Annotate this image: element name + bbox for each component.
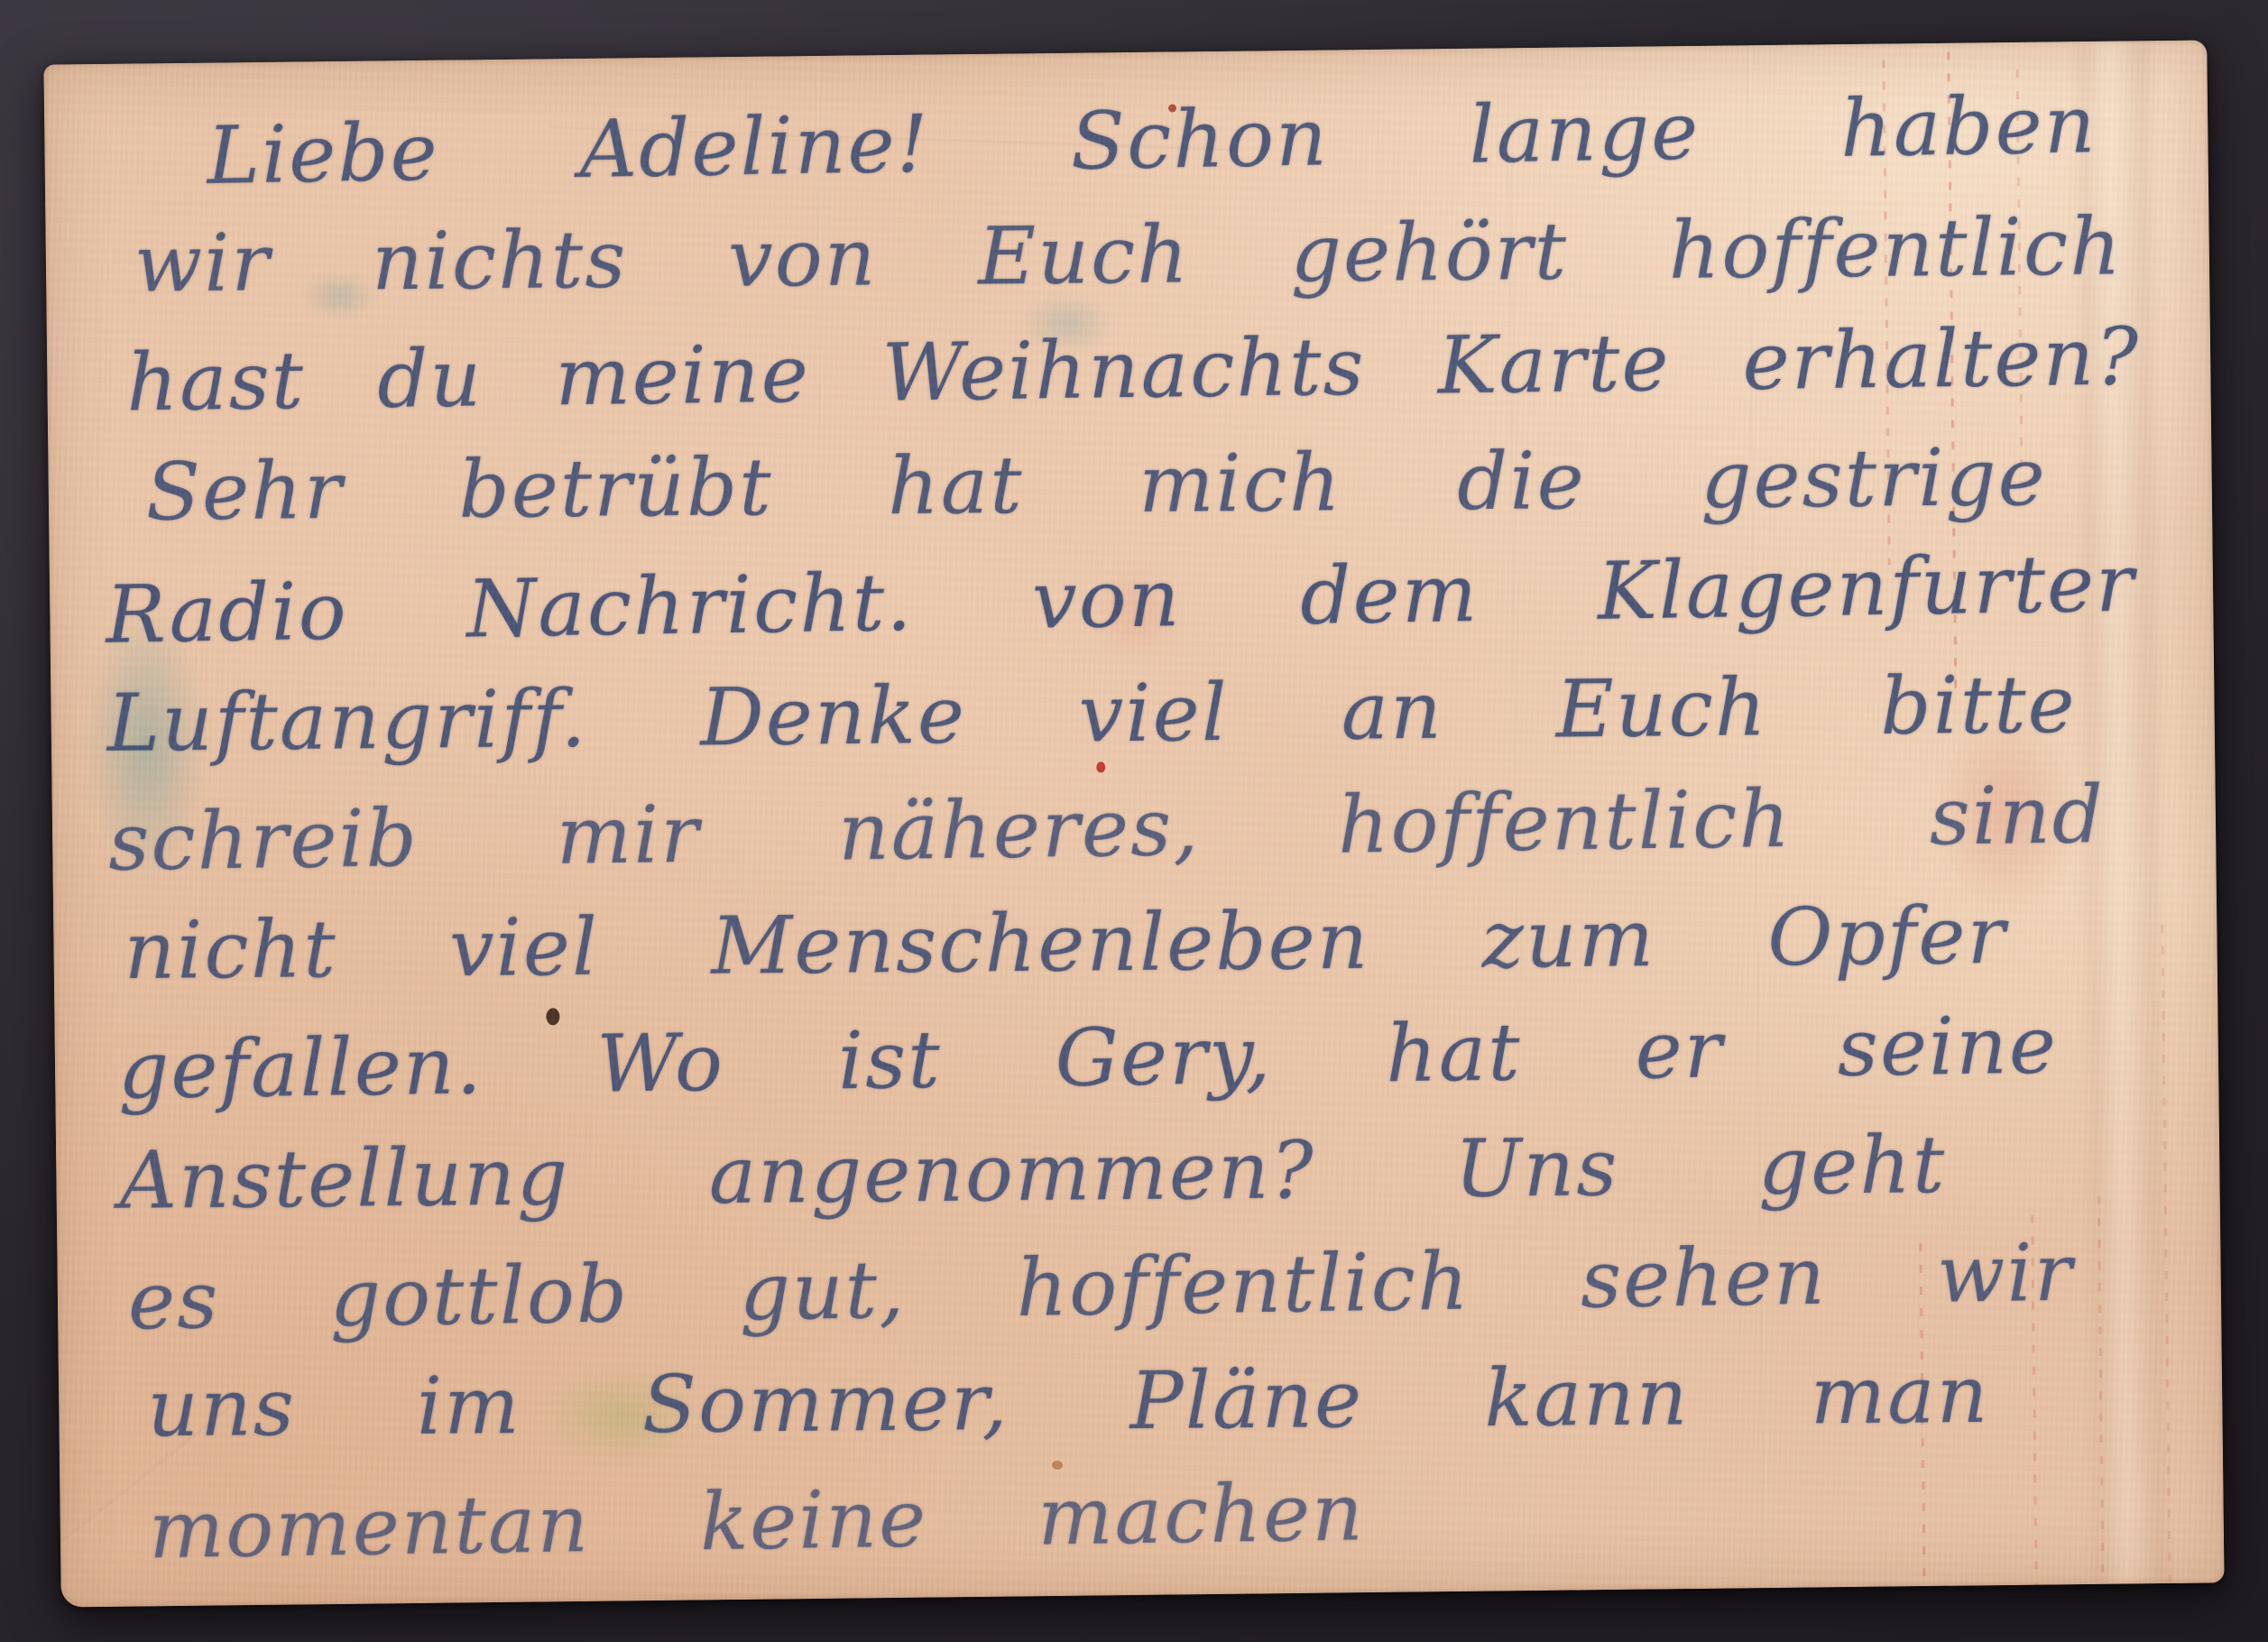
red-offset-stripe	[2161, 925, 2171, 1583]
handwriting-line: schreib mir näheres, hoffentlich sind	[107, 756, 2155, 899]
handwriting-line: uns im Sommer, Pläne kann man	[115, 1335, 2162, 1465]
handwriting-line: es gottlob gut, hoffentlich sehen wir	[113, 1213, 2161, 1359]
handwriting-block: Liebe Adeline! Schon lange haben wir nic…	[100, 71, 2163, 1584]
postcard: Liebe Adeline! Schon lange haben wir nic…	[43, 40, 2224, 1607]
handwriting-line: wir nichts von Euch gehört hoffentlich	[101, 189, 2148, 321]
photo-background: Liebe Adeline! Schon lange haben wir nic…	[0, 0, 2268, 1642]
handwriting-line: gefallen. Wo ist Gery, hat er seine	[110, 986, 2157, 1128]
handwriting-line: hast du meine Weihnachts Karte erhalten?	[103, 299, 2150, 440]
handwriting-line: nicht viel Menschenleben zum Opfer	[109, 877, 2156, 1009]
handwriting-line: momentan keine machen	[115, 1443, 2163, 1588]
